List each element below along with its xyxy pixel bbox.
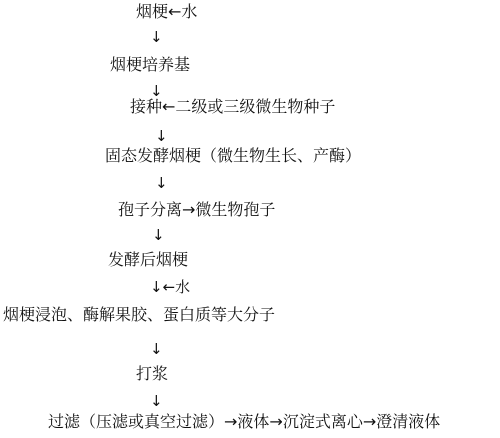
down-arrow-icon: ↓ [150,392,163,410]
down-arrow-with-water: ↓←水 [150,278,190,296]
step-spore-separation: 孢子分离→微生物孢子 [118,200,275,220]
down-arrow-icon: ↓ [155,127,168,145]
step-label: 孢子分离 [118,200,182,219]
step-inoculation: 接种←二级或三级微生物种子 [130,97,335,117]
step-label: 烟梗 [136,2,168,21]
step-soak-enzymolysis: 烟梗浸泡、酶解果胶、蛋白质等大分子 [3,305,275,325]
step-pulping: 打浆 [136,364,168,384]
step-stem-medium: 烟梗培养基 [110,55,190,75]
left-arrow-icon: ← [162,97,175,116]
input-water: 水 [181,2,197,21]
output-spores: 微生物孢子 [195,200,275,219]
step-solid-fermentation: 固态发酵烟梗（微生物生长、产酶） [105,146,361,166]
down-arrow-icon: ↓ [150,340,163,358]
down-arrow-icon: ↓ [155,174,168,192]
down-arrow-icon: ↓ [150,28,163,46]
step-fermented-stem: 发酵后烟梗 [108,250,188,270]
step-tobacco-stem: 烟梗←水 [136,2,197,22]
down-arrow-icon: ↓ [152,226,165,244]
step-label: 接种 [130,97,162,116]
left-arrow-icon: ← [168,2,181,21]
step-filtration-chain: 过滤（压滤或真空过滤）→液体→沉淀式离心→澄清液体 [48,412,440,432]
right-arrow-icon: → [182,200,195,219]
input-seed: 二级或三级微生物种子 [175,97,335,116]
